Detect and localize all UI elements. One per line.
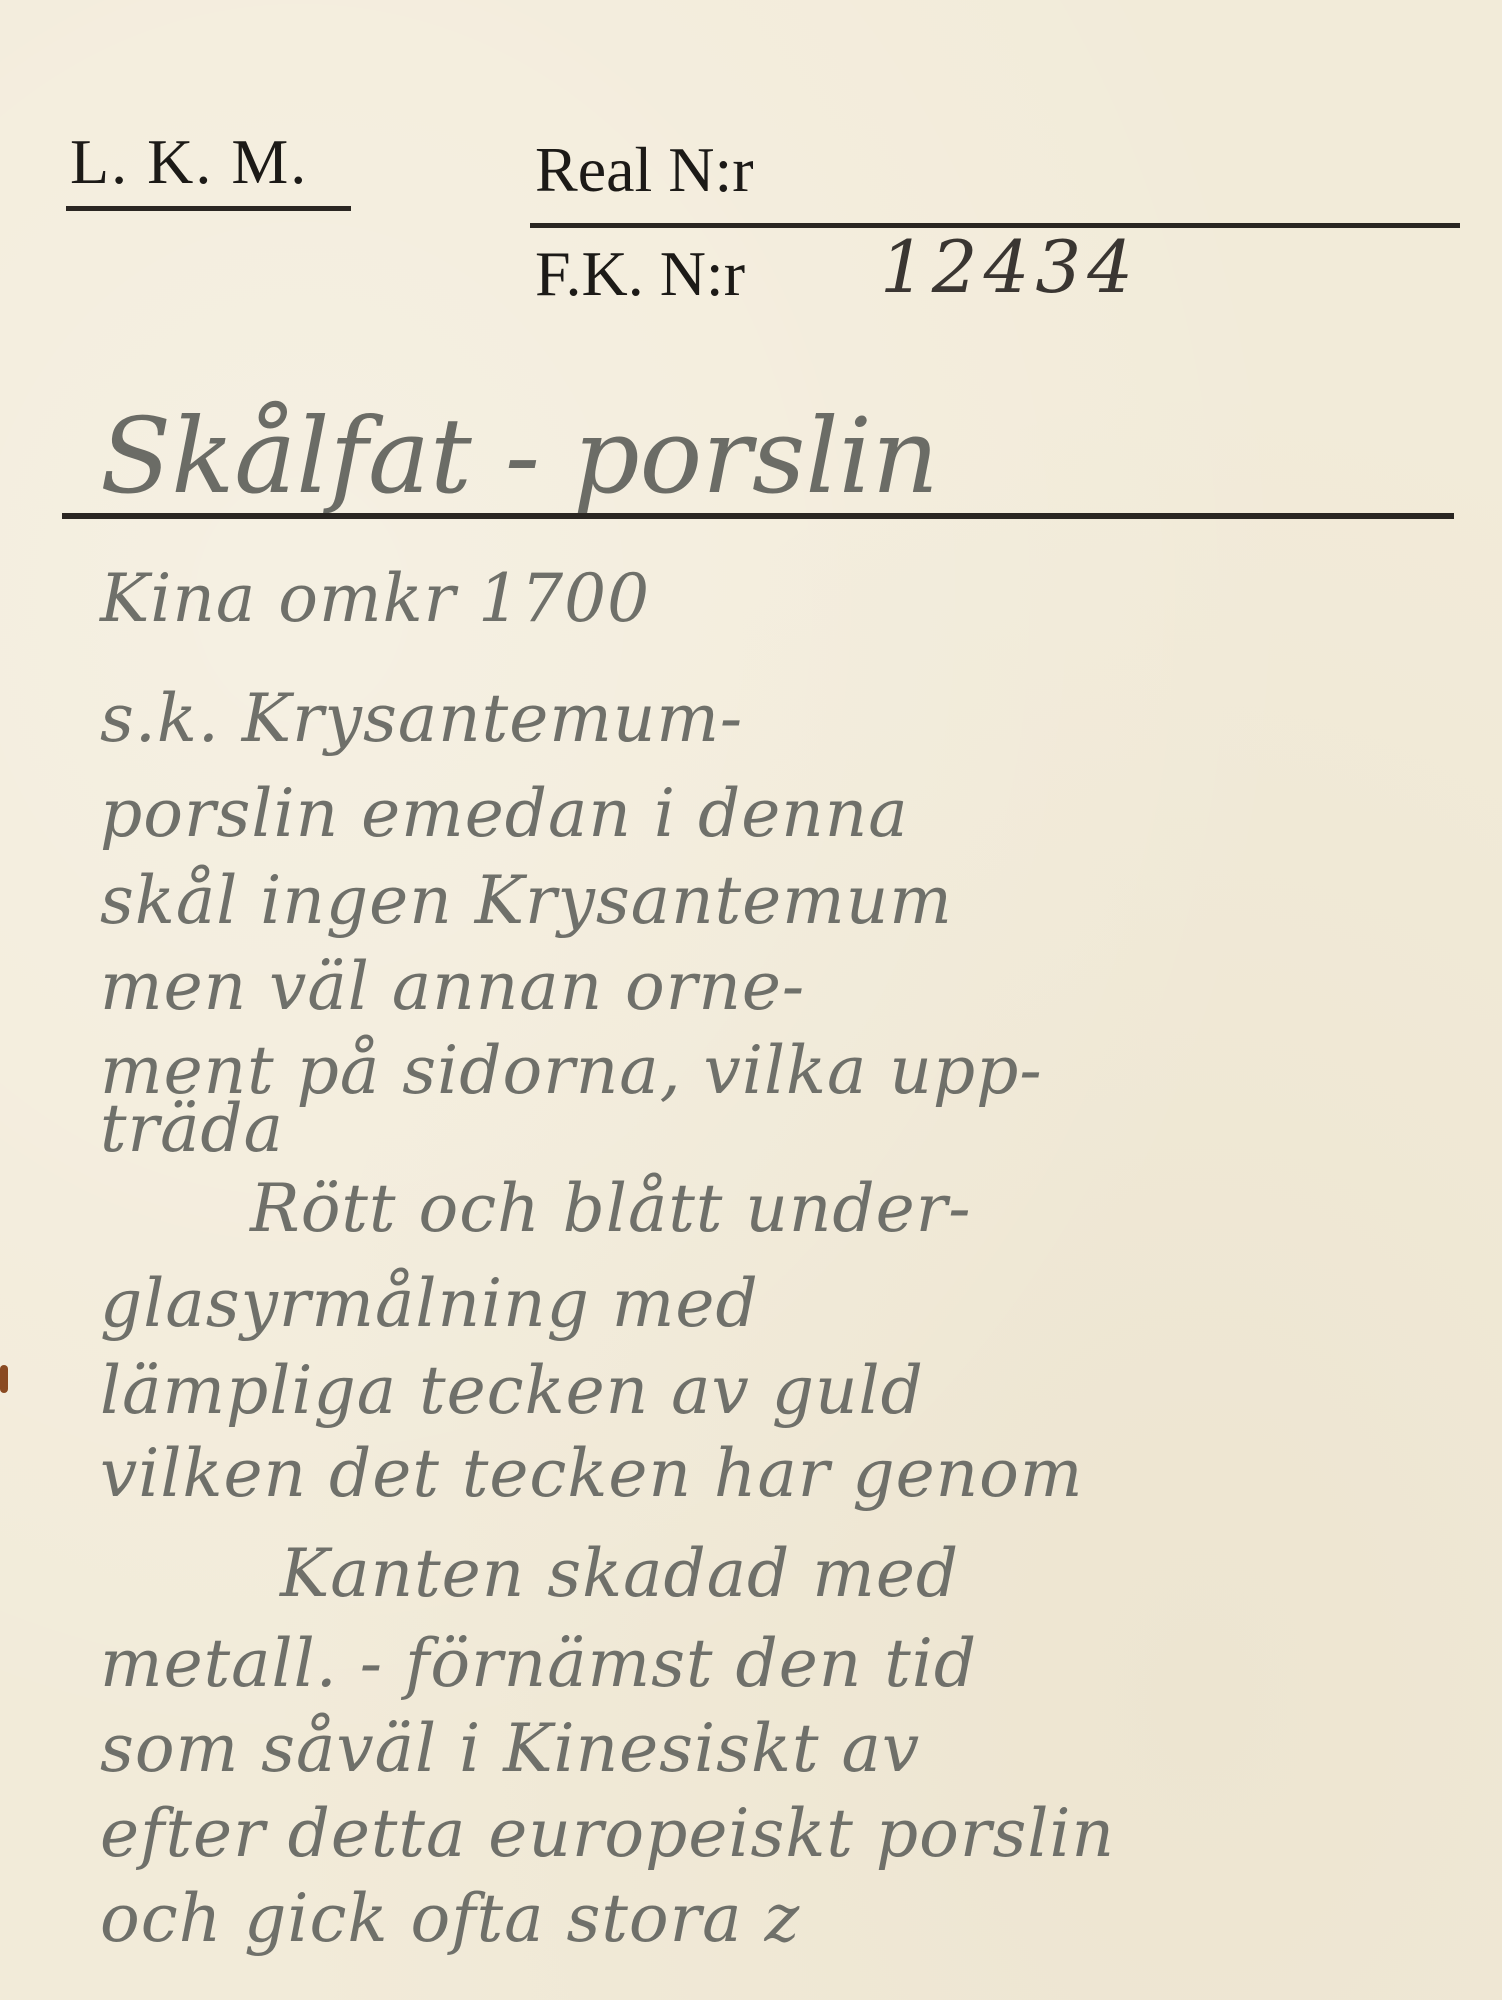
body-line: s.k. Krysantemum- <box>100 680 743 757</box>
title-underline <box>62 513 1454 519</box>
paper-stain <box>0 1365 8 1393</box>
collection-underline <box>66 206 351 211</box>
body-line: porslin emedan i denna <box>100 775 909 852</box>
collection-label: L. K. M. <box>70 130 308 194</box>
body-line: vilken det tecken har genom <box>100 1435 1083 1512</box>
fk-number-label: F.K. N:r <box>535 242 745 306</box>
object-title: Skålfat - porslin <box>100 395 939 517</box>
origin-line: Kina omkr 1700 <box>100 560 650 637</box>
body-line: och gick ofta stora z <box>100 1880 800 1957</box>
body-line: efter detta europeiskt porslin <box>100 1795 1115 1872</box>
body-line: men väl annan orne- <box>100 948 805 1025</box>
fk-number-value: 12434 <box>880 225 1139 309</box>
body-line: glasyrmålning med <box>100 1265 759 1342</box>
body-line: Kanten skadad med <box>280 1535 959 1612</box>
body-line: Rött och blått under- <box>250 1170 972 1247</box>
body-line: metall. - förnämst den tid <box>100 1625 977 1702</box>
body-line: som såväl i Kinesiskt av <box>100 1710 920 1787</box>
real-number-label: Real N:r <box>535 138 754 202</box>
body-line: lämpliga tecken av guld <box>100 1352 924 1429</box>
body-line: skål ingen Krysantemum <box>100 862 953 939</box>
catalog-card: L. K. M. Real N:r F.K. N:r 12434 Skålfat… <box>0 0 1502 2000</box>
body-line: träda <box>100 1090 284 1167</box>
